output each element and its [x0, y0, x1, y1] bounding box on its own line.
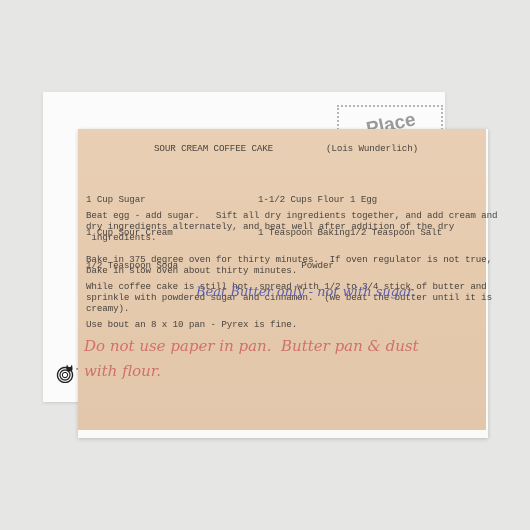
recipe-title: SOUR CREAM COFFEE CAKE: [154, 143, 273, 154]
ingredient: 1 Egg: [350, 194, 442, 205]
instructions-baking: Bake in 375 degree oven for thirty minut…: [86, 254, 481, 276]
handwritten-note-blue: Beat Butter only - not with sugar.: [196, 287, 416, 298]
recipe-card: SOUR CREAM COFFEE CAKE (Lois Wunderlich)…: [78, 129, 486, 430]
instructions-pan: Use bout an 8 x 10 pan - Pyrex is fine.: [86, 319, 481, 330]
cat-spiral-logo-icon: [55, 363, 75, 383]
recipe-author: (Lois Wunderlich): [326, 143, 418, 154]
instructions-mixing: Beat egg - add sugar. Sift all dry ingre…: [86, 210, 481, 243]
ingredient: 1 Cup Sugar: [86, 194, 178, 205]
ingredient: 1-1/2 Cups Flour: [258, 194, 350, 205]
handwritten-note-red: Do not use paper in pan. Butter pan & du…: [84, 334, 419, 384]
postcard-front: SOUR CREAM COFFEE CAKE (Lois Wunderlich)…: [78, 129, 488, 438]
